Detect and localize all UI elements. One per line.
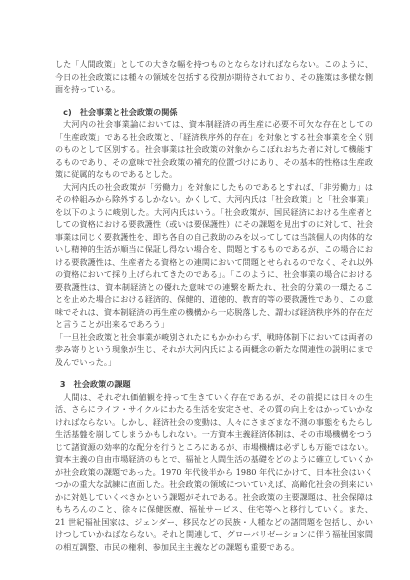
paragraph-wartime-convergence-quote: 「一旦社会政策と社会事業が峻別されたにもかかわらず、戦時体制下においては両者の歩…	[55, 331, 373, 369]
subsection-heading-c: c) 社会事業と社会政策の関係	[63, 106, 373, 119]
document-page: した「人間政策」としての大きな幅を持つものとならなければならない。このように、今…	[0, 0, 410, 580]
paragraph-continuation: した「人間政策」としての大きな幅を持つものとならなければならない。このように、今…	[55, 58, 373, 96]
paragraph-okouchi-distinction-quote: 大河内氏の社会政策が「労働力」を対象にしたものであるとすれば、「非労働力」はその…	[55, 181, 373, 331]
document-content: した「人間政策」としての大きな幅を持つものとならなければならない。このように、今…	[55, 58, 373, 553]
section-heading-3: 3 社会政策の課題	[60, 378, 373, 391]
paragraph-social-policy-issues: 人間は、それぞれ価値観を持って生きていく存在であるが、その前提には日々の生活、さ…	[55, 391, 373, 554]
paragraph-okouchi-social-work-theory: 大河内の社会事業論においては、資本制経済の再生産に必要不可欠な存在としての「生産…	[55, 118, 373, 181]
